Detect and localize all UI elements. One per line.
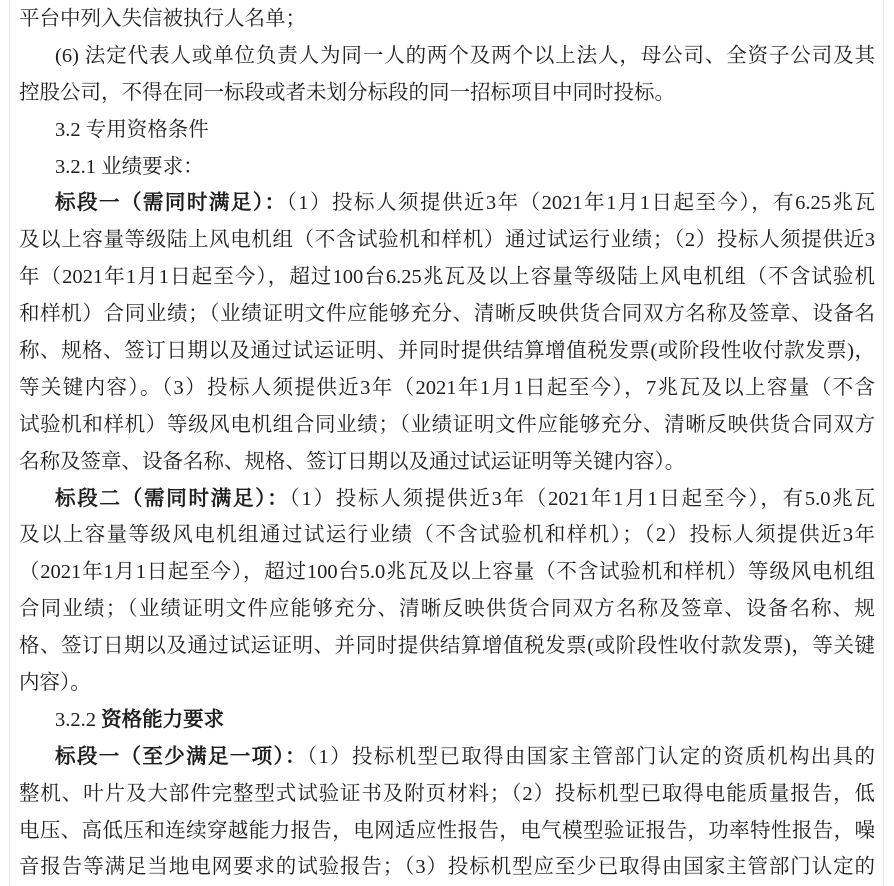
line-text: 整机、叶片及大部件完整型式试验证书及附页材料；（2）投标机型已取得电能质量报告，… <box>19 783 875 805</box>
line-text: 平台中列入失信被执行人名单； <box>19 8 306 30</box>
lot1-performance-line-6: 等关键内容）。（3）投标人须提供近3年（2021年1月1日起至今），7兆瓦及以上… <box>19 370 875 407</box>
line-text: 内容）。 <box>19 672 91 694</box>
line-text: 等关键内容）。（3）投标人须提供近3年（2021年1月1日起至今），7兆瓦及以上… <box>19 377 875 399</box>
line-text: 称、规格、签订日期以及通过试运证明、并同时提供结算增值税发票(或阶段性收付款发票… <box>19 340 875 362</box>
line-text: 试验机和样机）等级风电机组合同业绩；（业绩证明文件应能够充分、清晰反映供货合同双… <box>19 414 875 436</box>
lot1-performance-line-4: 和样机）合同业绩；（业绩证明文件应能够充分、清晰反映供货合同双方名称及签章、设备… <box>19 296 875 333</box>
lot1-capability-bold-label: 标段一（至少满足一项）： <box>55 746 307 768</box>
line-text: 名称及签章、设备名称、规格、签订日期以及通过试运证明等关键内容）。 <box>19 451 685 473</box>
heading-3-2-1: 3.2.1 业绩要求： <box>19 149 875 186</box>
heading-3-2-2: 3.2.2 资格能力要求 <box>19 702 875 739</box>
lot1-performance-line-5: 称、规格、签订日期以及通过试运证明、并同时提供结算增值税发票(或阶段性收付款发票… <box>19 333 875 370</box>
lot1-capability-line-2: 整机、叶片及大部件完整型式试验证书及附页材料；（2）投标机型已取得电能质量报告，… <box>19 776 875 813</box>
lot2-performance-line-5: 格、签订日期以及通过试运证明、并同时提供结算增值税发票(或阶段性收付款发票)，等… <box>19 628 875 665</box>
heading-3-2-2-title: 资格能力要求 <box>101 709 224 731</box>
line-text: （2021年1月1日起至今），超过100台5.0兆瓦及以上容量（不含试验机和样机… <box>19 561 875 583</box>
lot2-performance-line-2: 及以上容量等级风电机组通过试运行业绩（不含试验机和样机）；（2）投标人须提供近3… <box>19 517 875 554</box>
line-text: 年（2021年1月1日起至今），超过100台6.25兆瓦及以上容量等级陆上风电机… <box>19 266 875 288</box>
line-text: 合同业绩；（业绩证明文件应能够充分、清晰反映供货合同双方名称及签章、设备名称、规 <box>19 598 875 620</box>
lot1-performance-line-8: 名称及签章、设备名称、规格、签订日期以及通过试运证明等关键内容）。 <box>19 444 875 481</box>
lot1-capability-line-1: 标段一（至少满足一项）：（1）投标机型已取得由国家主管部门认定的资质机构出具的 <box>19 739 875 776</box>
line-text: 控股公司，不得在同一标段或者未划分标段的同一招标项目中同时投标。 <box>19 82 675 104</box>
lot2-bold-label: 标段二（需同时满足）： <box>55 488 290 510</box>
paragraph-item6-line-1: (6) 法定代表人或单位负责人为同一人的两个及两个以上法人，母公司、全资子公司及… <box>19 38 875 75</box>
lot2-performance-line-3: （2021年1月1日起至今），超过100台5.0兆瓦及以上容量（不含试验机和样机… <box>19 554 875 591</box>
heading-text: 3.2.1 业绩要求： <box>55 156 204 178</box>
line-text: 格、签订日期以及通过试运证明、并同时提供结算增值税发票(或阶段性收付款发票)，等… <box>19 635 875 657</box>
lot2-performance-line-4: 合同业绩；（业绩证明文件应能够充分、清晰反映供货合同双方名称及签章、设备名称、规 <box>19 591 875 628</box>
line-text: 电压、高低压和连续穿越能力报告，电网适应性报告，电气模型验证报告，功率特性报告，… <box>19 820 875 842</box>
line-text: （1）投标人须提供近3年（2021年1月1日起至今），有6.25兆瓦 <box>287 192 875 214</box>
document-page: 平台中列入失信被执行人名单； (6) 法定代表人或单位负责人为同一人的两个及两个… <box>19 1 875 886</box>
lot2-performance-line-6: 内容）。 <box>19 665 875 702</box>
lot1-performance-line-2: 及以上容量等级陆上风电机组（不含试验机和样机）通过试运行业绩；（2）投标人须提供… <box>19 222 875 259</box>
page-edge-rule-left <box>9 0 10 886</box>
heading-number: 3.2.2 <box>55 709 101 731</box>
lot1-capability-line-4: 音报告等满足当地电网要求的试验报告；（3）投标机型应至少已取得由国家主管部门认定… <box>19 849 875 886</box>
heading-3-2: 3.2 专用资格条件 <box>19 112 875 149</box>
lot2-performance-line-1: 标段二（需同时满足）：（1）投标人须提供近3年（2021年1月1日起至今），有5… <box>19 481 875 518</box>
line-text: 及以上容量等级风电机组通过试运行业绩（不含试验机和样机）；（2）投标人须提供近3… <box>19 524 875 546</box>
lot1-performance-line-7: 试验机和样机）等级风电机组合同业绩；（业绩证明文件应能够充分、清晰反映供货合同双… <box>19 407 875 444</box>
line-text: （1）投标机型已取得由国家主管部门认定的资质机构出具的 <box>307 746 875 768</box>
heading-text: 3.2 专用资格条件 <box>55 119 209 141</box>
paragraph-blacklist-last-line: 平台中列入失信被执行人名单； <box>19 1 875 38</box>
line-text: (6) 法定代表人或单位负责人为同一人的两个及两个以上法人，母公司、全资子公司及… <box>55 45 875 67</box>
lot1-performance-line-3: 年（2021年1月1日起至今），超过100台6.25兆瓦及以上容量等级陆上风电机… <box>19 259 875 296</box>
page-edge-rule-right <box>883 0 884 886</box>
line-text: （1）投标人须提供近3年（2021年1月1日起至今），有5.0兆瓦 <box>290 488 875 510</box>
lot1-performance-line-1: 标段一（需同时满足）：（1）投标人须提供近3年（2021年1月1日起至今），有6… <box>19 185 875 222</box>
lot1-bold-label: 标段一（需同时满足）： <box>55 192 287 214</box>
line-text: 及以上容量等级陆上风电机组（不含试验机和样机）通过试运行业绩；（2）投标人须提供… <box>19 229 875 251</box>
lot1-capability-line-3: 电压、高低压和连续穿越能力报告，电网适应性报告，电气模型验证报告，功率特性报告，… <box>19 813 875 850</box>
line-text: 音报告等满足当地电网要求的试验报告；（3）投标机型应至少已取得由国家主管部门认定… <box>19 856 875 878</box>
line-text: 和样机）合同业绩；（业绩证明文件应能够充分、清晰反映供货合同双方名称及签章、设备… <box>19 303 875 325</box>
paragraph-item6-line-2: 控股公司，不得在同一标段或者未划分标段的同一招标项目中同时投标。 <box>19 75 875 112</box>
